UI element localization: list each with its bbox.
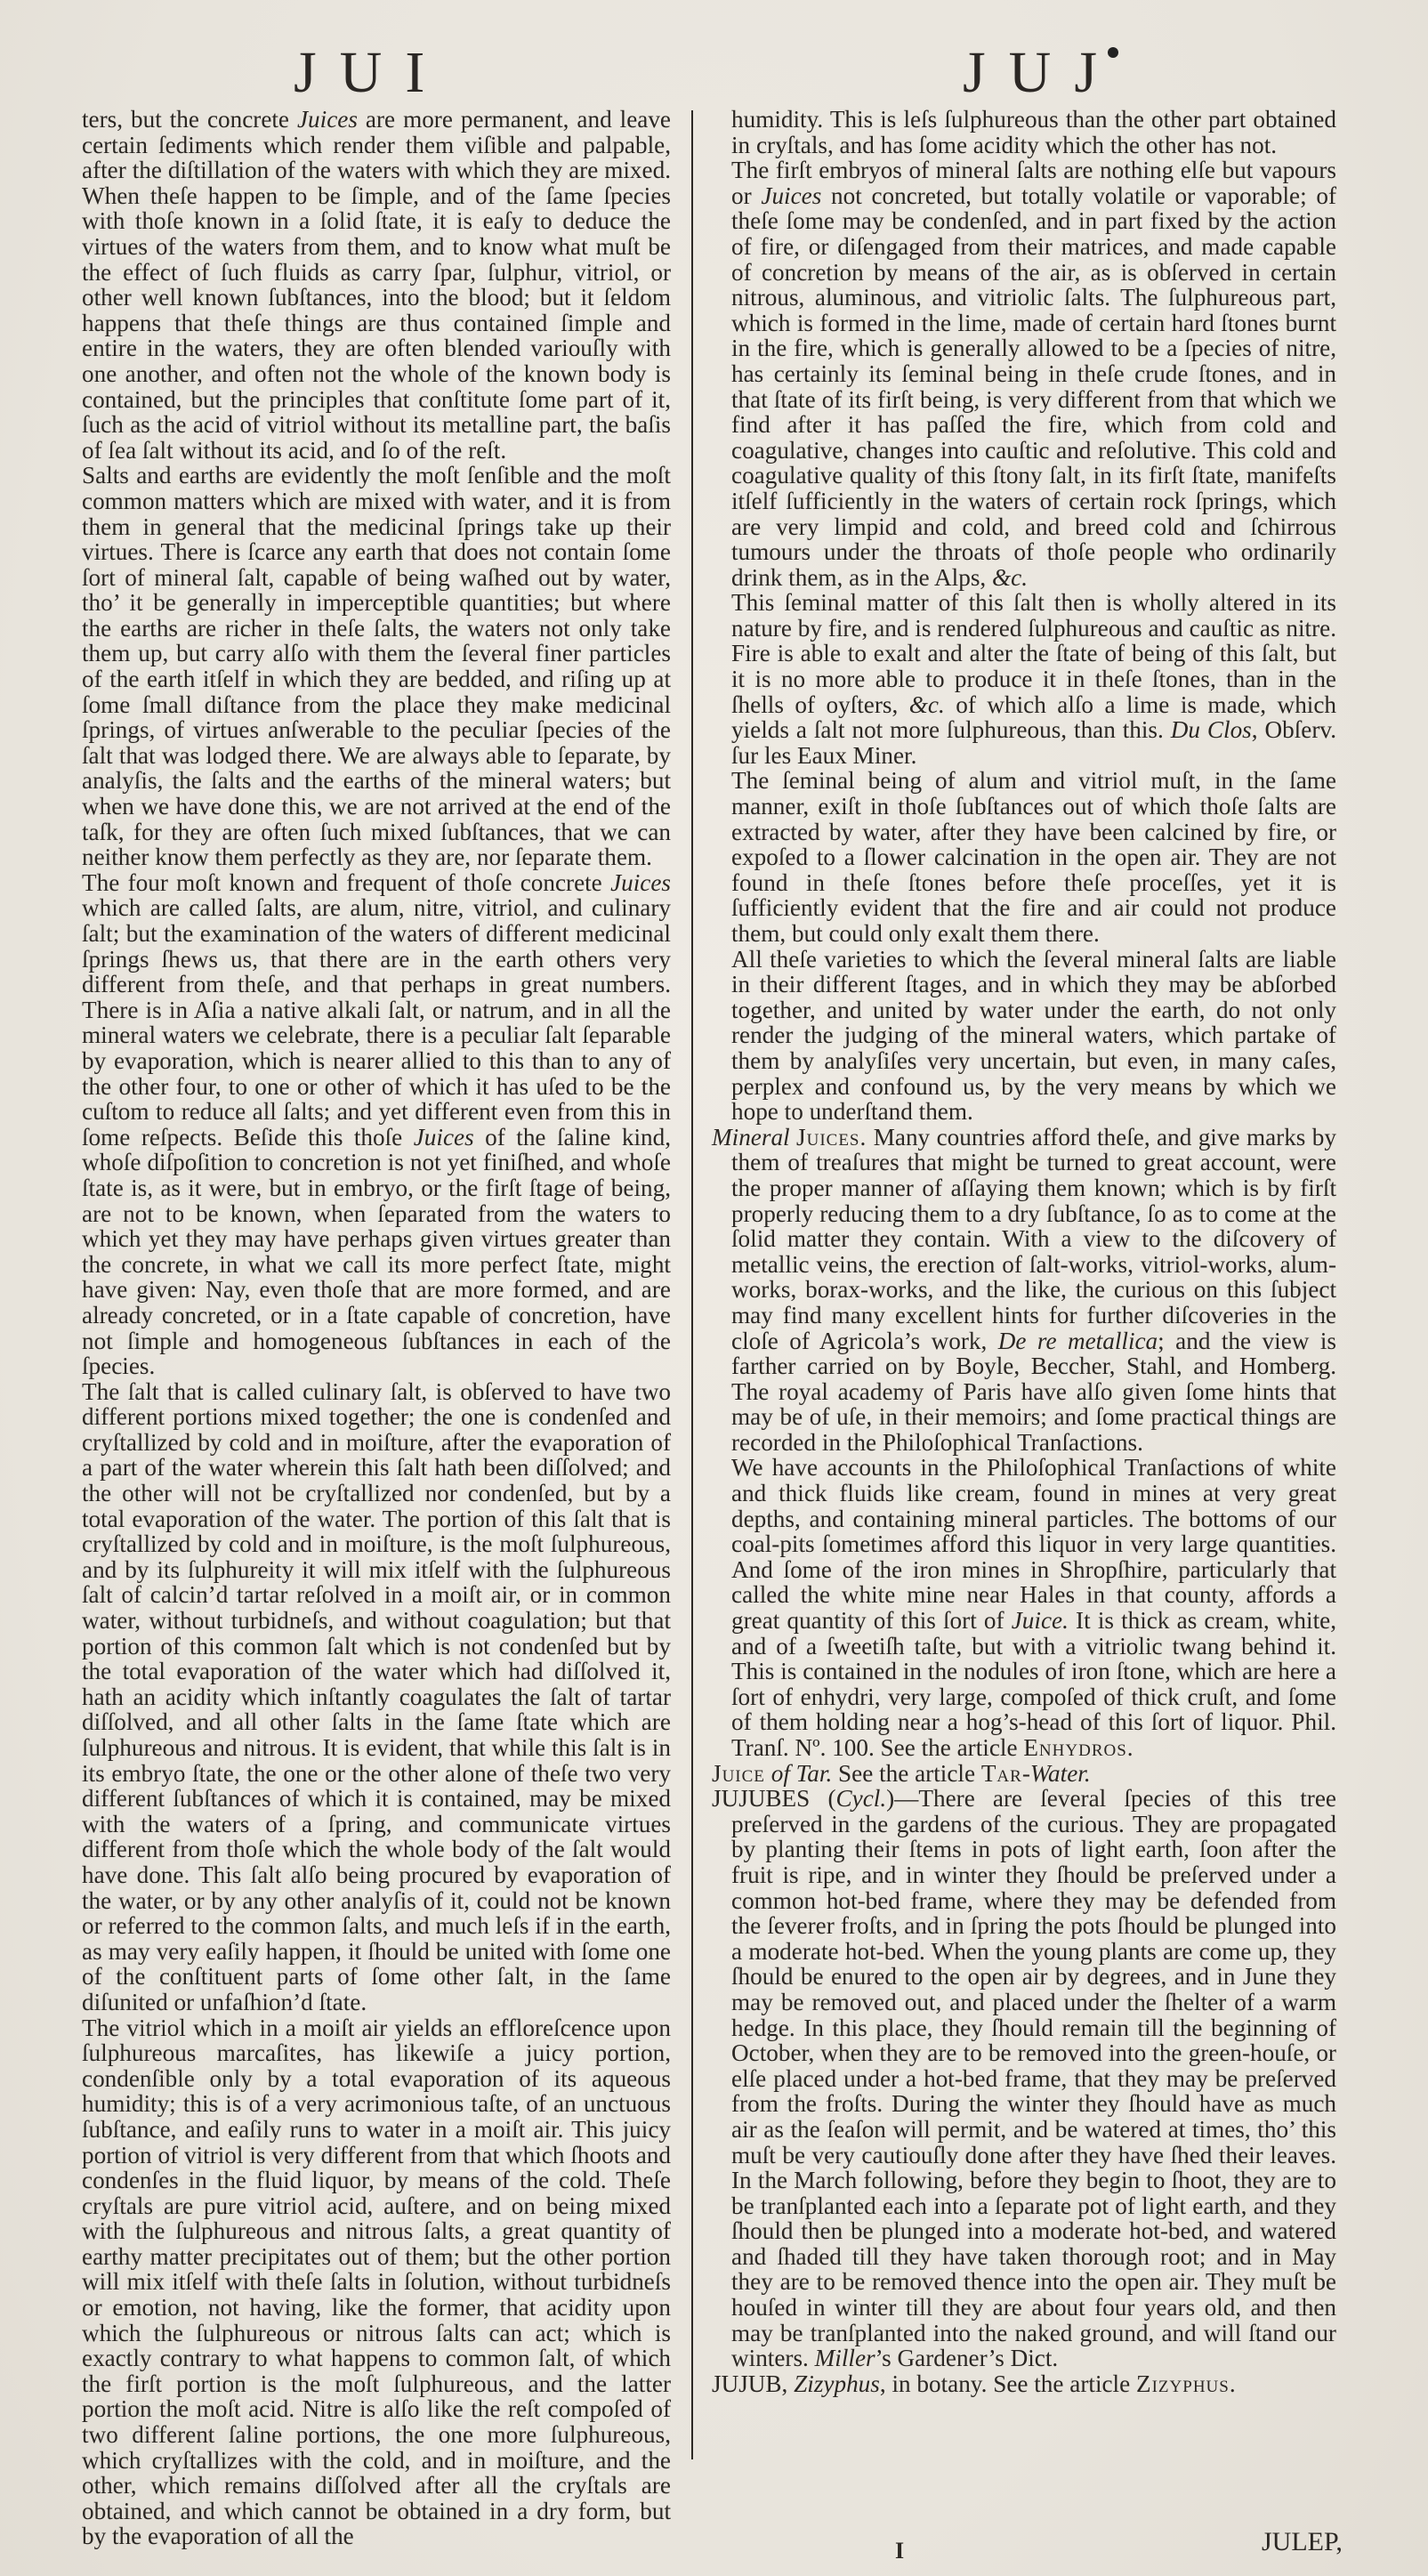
text-run: ters, but the concrete (82, 106, 297, 133)
italic-text: of Tar. (771, 1760, 833, 1787)
italic-text: Miller (815, 2345, 875, 2371)
running-head-right: JUJ (963, 39, 1120, 107)
paragraph: The four moſt known and frequent of thoſ… (82, 870, 671, 1379)
text-run: The ſalt that is called culinary ſalt, i… (82, 1378, 671, 2015)
italic-text: Juices (414, 1124, 474, 1151)
paragraph: We have accounts in the Philoſophical Tr… (731, 1455, 1336, 1760)
italic-text: Water. (1030, 1760, 1091, 1787)
text-run: are more permanent, and leave certain ſe… (82, 106, 671, 464)
italic-text: Juices (610, 869, 671, 896)
paragraph: The vitriol which in a moiſt air yields … (82, 2015, 671, 2549)
paragraph: The ſeminal being of alum and vitriol mu… (731, 768, 1336, 946)
italic-text: Zizyphus (794, 2370, 880, 2397)
paragraph: humidity. This is leſs ſulphureous than … (731, 107, 1336, 157)
small-caps-text: Enhydros. (1023, 1734, 1134, 1761)
italic-text: Cycl. (836, 1785, 887, 1812)
italic-text: &c. (992, 564, 1028, 591)
text-run: , in botany. See the article (880, 2370, 1136, 2397)
italic-text: De re metallica (998, 1328, 1158, 1354)
italic-text: &c. (909, 691, 945, 718)
text-run: The vitriol which in a moiſt air yields … (82, 2015, 671, 2550)
text-run: JUJUB, (712, 2370, 794, 2397)
running-head-right-text: JUJ (963, 40, 1120, 105)
italic-text: Du Clos (1171, 716, 1252, 743)
ornament-dot-icon (1108, 47, 1118, 58)
catchword: JULEP, (1262, 2527, 1343, 2557)
dictionary-entry: Mineral Juices. Many countries afford th… (712, 1125, 1336, 1456)
small-caps-text: Tar (981, 1760, 1022, 1787)
paragraph: Salts and earths are evidently the moſt … (82, 463, 671, 870)
small-caps-text: Juices. (796, 1124, 867, 1151)
running-head-left: JUI (294, 39, 448, 107)
text-run: ’s Gardener’s Dict. (875, 2345, 1059, 2371)
text-run: not concreted, but totally volatile or v… (731, 182, 1336, 591)
text-run: See the article (832, 1760, 981, 1787)
paragraph: All theſe varieties to which the ſeveral… (731, 947, 1336, 1125)
small-caps-text: Juice (712, 1760, 765, 1787)
right-column: humidity. This is leſs ſulphureous than … (731, 107, 1336, 2396)
book-page: JUI JUJ ters, but the concrete Juices ar… (0, 0, 1428, 2576)
text-run: Many countries afford theſe, and give ma… (731, 1124, 1336, 1354)
text-run: of the ſaline kind, whoſe diſpoſition to… (82, 1124, 671, 1379)
text-run: All theſe varieties to which the ſeveral… (731, 946, 1336, 1126)
paragraph: ters, but the concrete Juices are more p… (82, 107, 671, 463)
italic-text: Mineral (712, 1124, 790, 1151)
text-run: The ſeminal being of alum and vitriol mu… (731, 767, 1336, 947)
dictionary-entry: Juice of Tar. See the article Tar-Water. (712, 1761, 1336, 1787)
text-run: JUJUBES ( (712, 1785, 836, 1812)
italic-text: Juice. (1012, 1607, 1069, 1634)
paragraph: This ſeminal matter of this ſalt then is… (731, 590, 1336, 768)
text-run: - (1022, 1760, 1030, 1787)
text-run: The four moſt known and frequent of thoſ… (82, 869, 610, 896)
signature-mark: I (895, 2538, 904, 2564)
text-run (790, 1124, 796, 1151)
italic-text: Juices (761, 182, 821, 209)
text-run: humidity. This is leſs ſulphureous than … (731, 106, 1336, 158)
paragraph: The ſalt that is called culinary ſalt, i… (82, 1379, 671, 2015)
paragraph: The firſt embryos of mineral ſalts are n… (731, 157, 1336, 590)
left-column: ters, but the concrete Juices are more p… (82, 107, 671, 2549)
dictionary-entry: JUJUB, Zizyphus, in botany. See the arti… (712, 2371, 1336, 2397)
text-run: )—There are ſeveral ſpecies of this tree… (731, 1785, 1336, 2371)
italic-text: Juices (297, 106, 358, 133)
small-caps-text: Zizyphus. (1136, 2370, 1237, 2397)
text-run: Salts and earths are evidently the moſt … (82, 462, 671, 870)
column-divider (691, 110, 693, 2459)
text-run: which are called ſalts, are alum, nitre,… (82, 894, 671, 1150)
dictionary-entry: JUJUBES (Cycl.)—There are ſeveral ſpecie… (712, 1786, 1336, 2371)
text-run (765, 1760, 771, 1787)
